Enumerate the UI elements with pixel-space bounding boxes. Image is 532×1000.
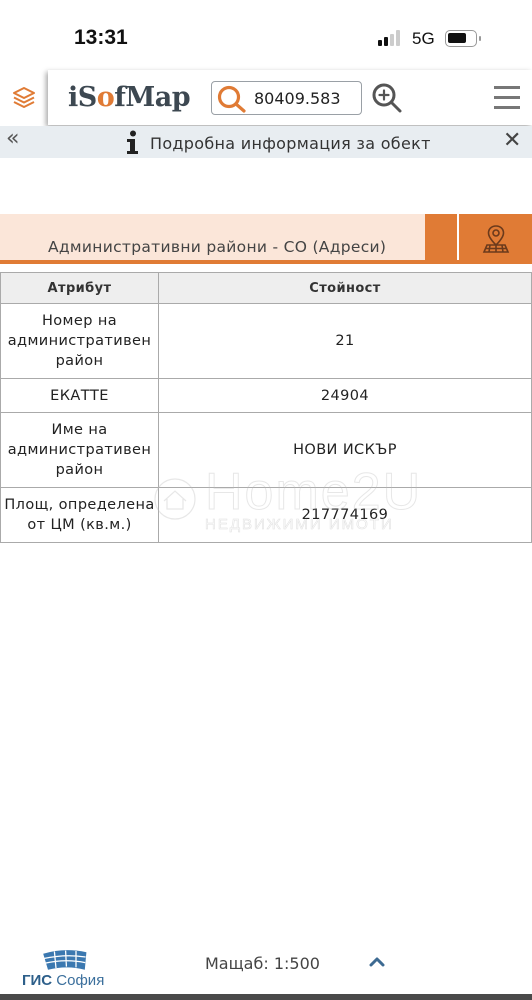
status-time: 13:31 [74, 26, 128, 50]
zoom-in-button[interactable] [370, 81, 404, 115]
battery-icon [445, 30, 477, 47]
logo-suffix: fMap [114, 82, 190, 113]
gis-logo-bold: ГИС [22, 972, 52, 989]
info-icon [124, 130, 140, 156]
collapse-panel-button[interactable]: « [6, 126, 19, 152]
menu-line [494, 96, 520, 99]
menu-line [494, 86, 520, 89]
bottom-bar [0, 994, 532, 1000]
attribute-cell: Площ, определена от ЦМ (кв.м.) [1, 488, 159, 543]
attribute-cell: Име на административен район [1, 413, 159, 488]
layers-icon [11, 85, 37, 111]
expand-footer-button[interactable] [366, 952, 388, 972]
attributes-table: Атрибут Стойност Номер на административе… [0, 272, 532, 543]
table-row: Номер на административен район 21 [1, 304, 532, 379]
info-bar: « Подробна информация за обект ✕ [0, 126, 532, 158]
network-type: 5G [412, 29, 435, 49]
gis-sofia-logo[interactable]: ГИС София [22, 972, 104, 989]
table-header-row: Атрибут Стойност [1, 273, 532, 304]
close-button[interactable]: ✕ [503, 128, 521, 154]
menu-button[interactable] [494, 86, 520, 110]
logo-pin-o: o [97, 82, 115, 113]
value-cell: 217774169 [159, 488, 532, 543]
value-cell: 21 [159, 304, 532, 379]
map-pin-icon [481, 223, 511, 255]
table-row: Име на административен район НОВИ ИСКЪР [1, 413, 532, 488]
scale-label: Мащаб: 1:500 [205, 954, 320, 973]
menu-line [494, 106, 520, 109]
layer-header: Административни райони - СО (Адреси) [0, 214, 532, 266]
search-input[interactable] [254, 82, 360, 114]
signal-icon [378, 30, 404, 46]
search-box[interactable] [211, 81, 362, 115]
search-icon[interactable] [216, 84, 248, 114]
layer-title-box: Административни райони - СО (Адреси) [0, 214, 425, 262]
panel-title: Подробна информация за обект [150, 134, 431, 153]
status-bar: 13:31 5G [0, 0, 532, 70]
gis-logo-rest: София [52, 972, 104, 989]
footer: ГИС София Мащаб: 1:500 [0, 930, 532, 994]
gis-sofia-logo-icon [40, 948, 104, 974]
layers-button[interactable] [0, 70, 48, 125]
isofmap-logo[interactable]: iSofMap [68, 82, 190, 113]
column-header-attribute: Атрибут [1, 273, 159, 304]
zoom-in-icon [370, 81, 404, 115]
locate-on-map-button[interactable] [459, 214, 532, 264]
column-header-value: Стойност [159, 273, 532, 304]
attribute-cell: Номер на административен район [1, 304, 159, 379]
attribute-cell: ЕКАТТЕ [1, 379, 159, 413]
value-cell: НОВИ ИСКЪР [159, 413, 532, 488]
layer-accent-block [425, 214, 457, 264]
value-cell: 24904 [159, 379, 532, 413]
chevron-up-icon [366, 952, 388, 972]
table-row: ЕКАТТЕ 24904 [1, 379, 532, 413]
table-row: Площ, определена от ЦМ (кв.м.) 217774169 [1, 488, 532, 543]
logo-prefix: iS [68, 82, 97, 113]
layer-title: Административни райони - СО (Адреси) [48, 238, 386, 256]
